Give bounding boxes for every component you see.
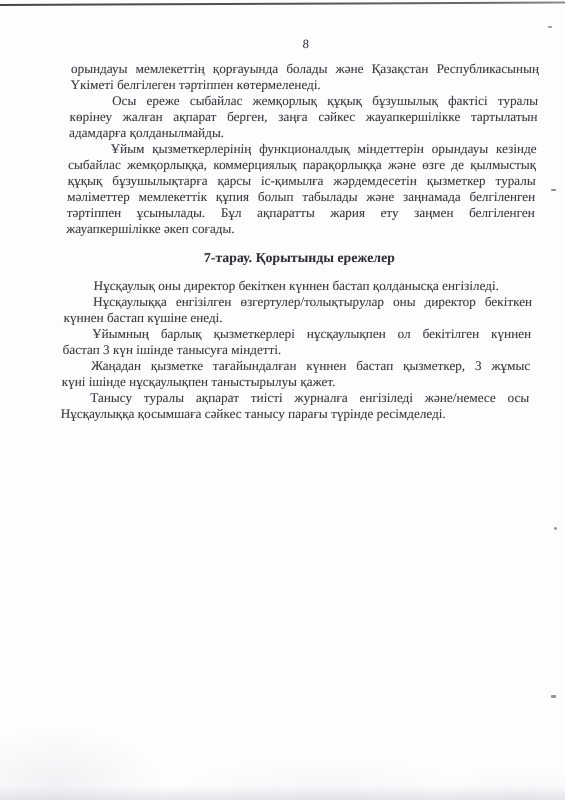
text-line: көрінеу жалған ақпарат берген, заңға сәй… [69,109,537,125]
text-line: құқық бұзушылықтарға қарсы іс-қимылға жә… [67,173,535,189]
text-line: адамдарға қолданылмайды. [69,125,537,141]
chapter-heading: 7-тарау. Қорытынды ережелер [65,250,533,266]
scanned-document-page: 8 орындауы мемлекеттің қорғауында болады… [0,0,565,800]
scan-bottom-shadow [0,786,565,800]
text-line: жауапкершілікке әкеп соғады. [66,221,534,237]
text-line: Нұсқаулық оны директор бекіткен күннен б… [64,278,532,294]
text-line: Осы ереже сыбайлас жемқорлық құқық бұзуш… [70,93,538,109]
text-line: Ұйымның барлық қызметкерлері нұсқаулықпе… [63,326,531,342]
text-line: мәліметтер мемлекеттік құпия болып табыл… [67,189,535,205]
scan-speck [554,527,557,530]
text-line: Танысу туралы ақпарат тиісті журналға ен… [61,390,529,406]
text-line: күннен бастап күшіне енеді. [63,310,531,326]
text-line: Ұйым қызметкерлерінің функционалдық мінд… [68,141,536,157]
document-content: 8 орындауы мемлекеттің қорғауында болады… [61,36,540,422]
scan-speck [551,695,556,698]
intro-paragraphs: орындауы мемлекеттің қорғауында болады ж… [66,61,539,237]
text-line: Жаңадан қызметке тағайындалған күннен ба… [62,358,530,374]
text-line: бастап 3 күн ішінде танысуға міндетті. [62,342,530,358]
text-line: тәртіппен ұсынылады. Бұл ақпаратты жария… [67,205,535,221]
page-number: 8 [72,36,540,52]
text-line: сыбайлас жемқорлыққа, коммерциялық парақ… [68,157,536,173]
text-line: Үкіметі белгілеген тәртіппен көтермелене… [70,77,538,93]
text-line: күні ішінде нұсқаулықпен таныстырылуы қа… [61,374,529,390]
text-line: Нұсқаулыққа енгізілген өзгертулер/толықт… [64,294,532,310]
scan-edge-line [0,2,565,6]
scan-speck [551,189,556,191]
scan-speck [548,26,552,28]
text-line: Нұсқаулыққа қосымшаға сәйкес танысу пара… [61,406,529,422]
final-paragraphs: Нұсқаулық оны директор бекіткен күннен б… [61,278,533,422]
text-line: орындауы мемлекеттің қорғауында болады ж… [71,61,539,77]
